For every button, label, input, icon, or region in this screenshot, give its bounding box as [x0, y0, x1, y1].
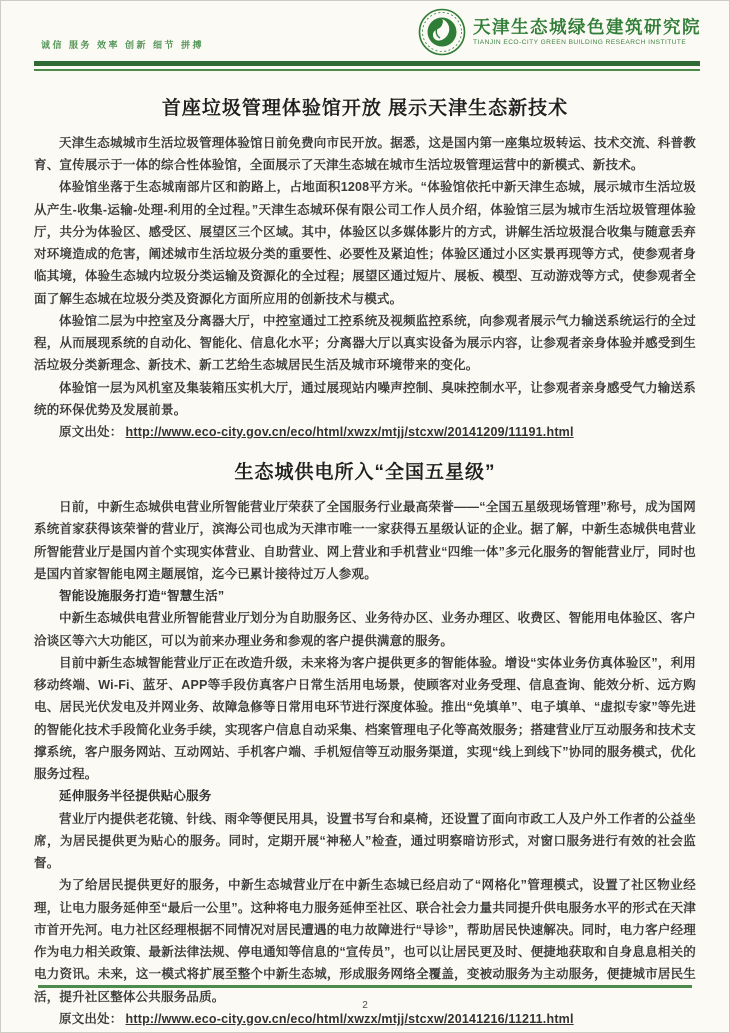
- body-paragraph: 体验馆坐落于生态城南部片区和韵路上，占地面积1208平方米。“体验馆依托中新天津…: [34, 176, 696, 310]
- body-paragraph: 日前，中新生态城供电营业所智能营业厅荣获了全国服务行业最高荣誉——“全国五星级现…: [34, 496, 696, 585]
- source-line: 原文出处：http://www.eco-city.gov.cn/eco/html…: [34, 421, 696, 443]
- source-link[interactable]: http://www.eco-city.gov.cn/eco/html/xwzx…: [126, 425, 574, 439]
- body-paragraph: 体验馆一层为风机室及集装箱压实机大厅，通过展现站内噪声控制、臭味控制水平，让参观…: [34, 377, 696, 422]
- newsletter-page: 诚信 服务 效率 创新 细节 拼搏 天津生态城绿色建筑研究院 TIANJIN E…: [0, 0, 730, 1033]
- header-rule-thin: [34, 69, 700, 71]
- page-number: 2: [1, 1000, 729, 1011]
- institute-brand: 天津生态城绿色建筑研究院 TIANJIN ECO-CITY GREEN BUIL…: [418, 8, 701, 56]
- header-rule-thick: [34, 61, 700, 66]
- document-body: 首座垃圾管理体验馆开放 展示天津生态新技术天津生态城城市生活垃圾管理体验馆日前免…: [1, 92, 729, 1030]
- eco-leaf-emblem-icon: [418, 8, 466, 56]
- article-title: 首座垃圾管理体验馆开放 展示天津生态新技术: [34, 92, 696, 126]
- source-link[interactable]: http://www.eco-city.gov.cn/eco/html/xwzx…: [126, 1012, 574, 1026]
- source-label: 原文出处：: [59, 1012, 123, 1026]
- header-slogan: 诚信 服务 效率 创新 细节 拼搏: [41, 38, 204, 51]
- source-label: 原文出处：: [59, 425, 123, 439]
- article-title: 生态城供电所入“全国五星级”: [34, 456, 696, 490]
- article: 生态城供电所入“全国五星级”日前，中新生态城供电营业所智能营业厅荣获了全国服务行…: [34, 456, 696, 1030]
- body-paragraph: 中新生态城供电营业所智能营业厅划分为自助服务区、业务待办区、业务办理区、收费区、…: [34, 607, 696, 652]
- sub-heading: 延伸服务半径提供贴心服务: [34, 785, 696, 807]
- body-paragraph: 天津生态城城市生活垃圾管理体验馆日前免费向市民开放。据悉，这是国内第一座集垃圾转…: [34, 132, 696, 177]
- institute-name-block: 天津生态城绿色建筑研究院 TIANJIN ECO-CITY GREEN BUIL…: [473, 18, 701, 46]
- sub-heading: 智能设施服务打造“智慧生活”: [34, 585, 696, 607]
- body-paragraph: 目前中新生态城智能营业厅正在改造升级，未来将为客户提供更多的智能体验。增设“实体…: [34, 652, 696, 786]
- institute-name-cn: 天津生态城绿色建筑研究院: [473, 18, 701, 37]
- page-header: 诚信 服务 效率 创新 细节 拼搏 天津生态城绿色建筑研究院 TIANJIN E…: [1, 1, 729, 79]
- article: 首座垃圾管理体验馆开放 展示天津生态新技术天津生态城城市生活垃圾管理体验馆日前免…: [34, 92, 696, 443]
- body-paragraph: 体验馆二层为中控室及分离器大厅，中控室通过工控系统及视频监控系统，向参观者展示气…: [34, 310, 696, 377]
- body-paragraph: 营业厅内提供老花镜、针线、雨伞等便民用具，设置书写台和桌椅，还设置了面向市政工人…: [34, 808, 696, 875]
- source-line: 原文出处：http://www.eco-city.gov.cn/eco/html…: [34, 1008, 696, 1030]
- footer-rule: [38, 985, 692, 988]
- institute-name-en: TIANJIN ECO-CITY GREEN BUILDING RESEARCH…: [473, 39, 701, 46]
